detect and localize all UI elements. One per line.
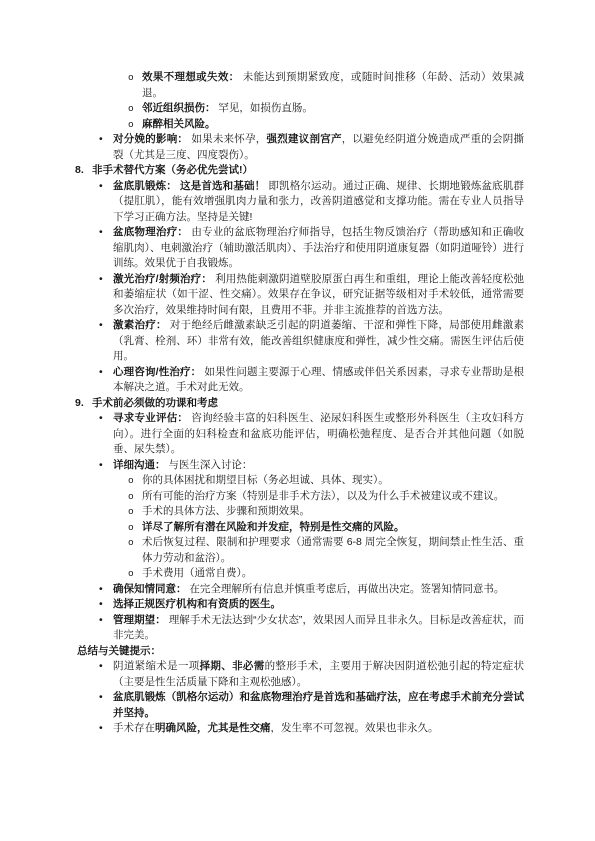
list-item-level2: o麻醉相关风险。	[72, 117, 524, 133]
text-segment: 详细沟通：	[113, 459, 166, 471]
bullet-icon: •	[99, 272, 103, 288]
bullet-icon: •	[99, 597, 103, 613]
bullet-icon: •	[99, 458, 103, 474]
circle-bullet-icon: o	[128, 520, 134, 536]
text-segment: 管理期望：	[113, 614, 166, 626]
list-item-level2: o所有可能的治疗方案（特别是非手术方法），以及为什么手术被建议或不建议。	[72, 489, 524, 505]
document-page: o效果不理想或失效： 未能达到预期紧致度，或随时间推移（年龄、活动）效果减退。o…	[0, 0, 595, 841]
section-heading: 总结与关键提示：	[72, 644, 524, 660]
text-segment: 邻近组织损伤：	[142, 102, 216, 114]
bullet-icon: •	[99, 225, 103, 241]
list-item-level1: •心理咨询/性治疗： 如果性问题主要源于心理、情感或伴侣关系因素，寻求专业帮助是…	[72, 365, 524, 396]
text-segment: 盆底物理治疗：	[113, 226, 188, 238]
item-number-marker: 9.	[75, 396, 84, 412]
bullet-icon: •	[99, 690, 103, 706]
text-segment: 确保知情同意：	[113, 583, 187, 595]
text-segment: 总结与关键提示：	[77, 645, 161, 657]
list-item-level1: •对分娩的影响： 如果未来怀孕，强烈建议剖宫产，以避免经阴道分娩造成严重的会阴撕…	[72, 132, 524, 163]
bullet-icon: •	[99, 721, 103, 737]
bullet-icon: •	[99, 411, 103, 427]
item-number-marker: 8.	[75, 163, 84, 179]
text-segment: 激素治疗：	[113, 319, 167, 331]
text-segment: 明确风险，尤其是性交痛	[155, 722, 271, 734]
list-item-level2: o效果不理想或失效： 未能达到预期紧致度，或随时间推移（年龄、活动）效果减退。	[72, 70, 524, 101]
list-item-level1: •盆底肌锻炼（凯格尔运动）和盆底物理治疗是首选和基础疗法，应在考虑手术前充分尝试…	[72, 690, 524, 721]
circle-bullet-icon: o	[128, 489, 134, 505]
list-item-level2: o详尽了解所有潜在风险和并发症，特别是性交痛的风险。	[72, 520, 524, 536]
text-segment: 择期、非必需	[200, 660, 265, 672]
bullet-icon: •	[99, 365, 103, 381]
list-item-level2: o术后恢复过程、限制和护理要求（通常需要 6-8 周完全恢复，期间禁止性生活、重…	[72, 535, 524, 566]
circle-bullet-icon: o	[128, 566, 134, 582]
text-segment: 对于绝经后雌激素缺乏引起的阴道萎缩、干涩和弹性下降，局部使用雌激素（乳膏、栓剂、…	[113, 319, 524, 362]
text-segment: 心理咨询/性治疗：	[113, 366, 201, 378]
document-content: o效果不理想或失效： 未能达到预期紧致度，或随时间推移（年龄、活动）效果减退。o…	[72, 70, 524, 737]
bullet-icon: •	[99, 132, 103, 148]
list-item-level1: •管理期望： 理解手术无法达到“少女状态”，效果因人而异且非永久。目标是改善症状…	[72, 613, 524, 644]
text-segment: 盆底肌锻炼：	[113, 180, 177, 192]
text-segment: 非手术替代方案（务必优先尝试!）	[92, 164, 253, 176]
circle-bullet-icon: o	[128, 117, 134, 133]
list-item-level1: •选择正规医疗机构和有资质的医生。	[72, 597, 524, 613]
list-item-level1: •激素治疗： 对于绝经后雌激素缺乏引起的阴道萎缩、干涩和弹性下降，局部使用雌激素…	[72, 318, 524, 365]
text-segment: 详尽了解所有潜在风险和并发症，特别是性交痛的风险。	[142, 521, 405, 533]
list-item-level1: •盆底物理治疗： 由专业的盆底物理治疗师指导，包括生物反馈治疗（帮助感知和正确收…	[72, 225, 524, 272]
text-segment: 这是首选和基础！	[180, 180, 265, 192]
text-segment: 术后恢复过程、限制和护理要求（通常需要 6-8 周完全恢复，期间禁止性生活、重体…	[142, 536, 524, 564]
list-item-level1: •确保知情同意： 在完全理解所有信息并慎重考虑后，再做出决定。签署知情同意书。	[72, 582, 524, 598]
circle-bullet-icon: o	[128, 101, 134, 117]
circle-bullet-icon: o	[128, 535, 134, 551]
text-segment: 选择正规医疗机构和有资质的医生。	[113, 598, 281, 610]
text-segment: 激光治疗/射频治疗：	[113, 273, 212, 285]
text-segment: 寻求专业评估：	[113, 412, 188, 424]
bullet-icon: •	[99, 318, 103, 334]
numbered-heading: 8.非手术替代方案（务必优先尝试!）	[72, 163, 524, 179]
bullet-icon: •	[99, 613, 103, 629]
text-segment: 所有可能的治疗方案（特别是非手术方法），以及为什么手术被建议或不建议。	[142, 490, 504, 502]
text-segment: 麻醉相关风险。	[142, 118, 216, 130]
text-segment: 理解手术无法达到“少女状态”，效果因人而异且非永久。目标是改善症状，而非完美。	[113, 614, 524, 642]
list-item-level2: o手术的具体方法、步骤和预期效果。	[72, 504, 524, 520]
text-segment: 强烈建议剖宫产	[267, 133, 342, 145]
text-segment: 盆底肌锻炼（凯格尔运动）和盆底物理治疗是首选和基础疗法，应在考虑手术前充分尝试并…	[113, 691, 524, 719]
circle-bullet-icon: o	[128, 70, 134, 86]
numbered-heading: 9.手术前必须做的功课和考虑	[72, 396, 524, 412]
list-item-level1: •寻求专业评估： 咨询经验丰富的妇科医生、泌尿妇科医生或整形外科医生（主攻妇科方…	[72, 411, 524, 458]
text-segment: 对分娩的影响：	[113, 133, 188, 145]
text-segment: 罕见，如损伤直肠。	[216, 102, 313, 114]
text-segment: ，发生率不可忽视。效果也非永久。	[271, 722, 439, 734]
list-item-level1: •手术存在明确风险，尤其是性交痛，发生率不可忽视。效果也非永久。	[72, 721, 524, 737]
bullet-icon: •	[99, 582, 103, 598]
text-segment: 在完全理解所有信息并慎重考虑后，再做出决定。签署知情同意书。	[187, 583, 505, 595]
text-segment: 如果未来怀孕，	[188, 133, 266, 145]
list-item-level1: •阴道紧缩术是一项择期、非必需的整形手术，主要用于解决因阴道松弛引起的特定症状（…	[72, 659, 524, 690]
list-item-level2: o手术费用（通常自费）。	[72, 566, 524, 582]
text-segment: 手术的具体方法、步骤和预期效果。	[142, 505, 310, 517]
text-segment: 效果不理想或失效：	[142, 71, 239, 83]
circle-bullet-icon: o	[128, 504, 134, 520]
list-item-level2: o邻近组织损伤： 罕见，如损伤直肠。	[72, 101, 524, 117]
list-item-level1: •盆底肌锻炼： 这是首选和基础！ 即凯格尔运动。通过正确、规律、长期地锻炼盆底肌…	[72, 179, 524, 226]
bullet-icon: •	[99, 179, 103, 195]
bullet-icon: •	[99, 659, 103, 675]
text-segment: 与医生深入讨论：	[166, 459, 253, 471]
text-segment: 你的具体困扰和期望目标（务必坦诚、具体、现实）。	[142, 474, 389, 486]
text-segment: 手术前必须做的功课和考虑	[92, 397, 218, 409]
circle-bullet-icon: o	[128, 473, 134, 489]
text-segment: 阴道紧缩术是一项	[113, 660, 200, 672]
list-item-level1: •详细沟通： 与医生深入讨论：	[72, 458, 524, 474]
text-segment: 手术费用（通常自费）。	[142, 567, 252, 579]
list-item-level1: •激光治疗/射频治疗： 利用热能刺激阴道壁胶原蛋白再生和重组，理论上能改善轻度松…	[72, 272, 524, 319]
list-item-level2: o你的具体困扰和期望目标（务必坦诚、具体、现实）。	[72, 473, 524, 489]
text-segment: 手术存在	[113, 722, 155, 734]
